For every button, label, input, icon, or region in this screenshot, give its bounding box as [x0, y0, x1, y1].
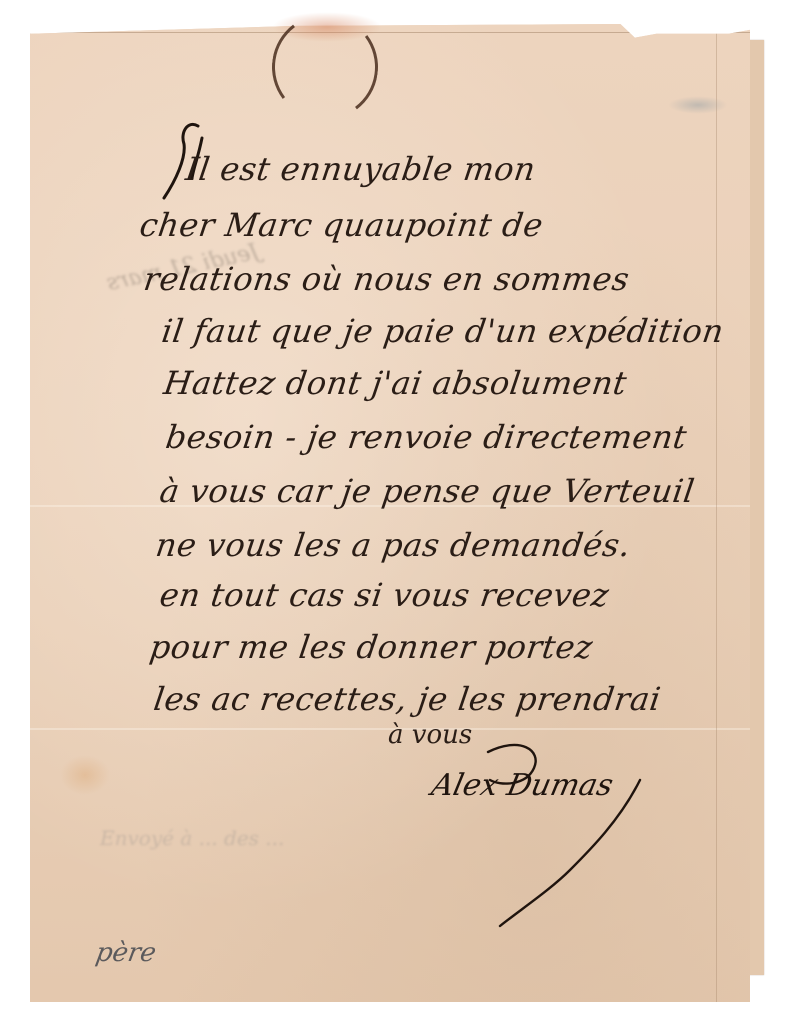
letter-line: Hattez dont j'ai absolument	[161, 364, 629, 402]
letter-line: pour me les donner portez	[147, 628, 595, 666]
signature: Alex Dumas	[428, 768, 616, 803]
letter-line: relations où nous en sommes	[141, 260, 632, 298]
document-stage: Jeudi 21 mars Envoyé à ... des ... Il es…	[0, 0, 789, 1024]
top-fold-line	[30, 32, 750, 33]
paper-stain	[60, 755, 110, 795]
pencil-annotation: père	[93, 938, 158, 968]
letter-line: Il est ennuyable mon	[183, 150, 538, 188]
letter-line: en tout cas si vous recevez	[157, 576, 611, 614]
grey-stamp-smudge	[668, 96, 728, 114]
vertical-fold-line	[716, 22, 717, 1002]
letter-line: cher Marc quaupoint de	[137, 206, 545, 244]
letter-line: besoin - je renvoie directement	[163, 418, 689, 456]
letter-line: à vous car je pense que Verteuil	[157, 472, 697, 510]
letter-line: il faut que je paie d'un expédition	[159, 312, 726, 350]
letter-line: les ac recettes, je les prendrai	[151, 680, 663, 718]
letter-line: ne vous les a pas demandés.	[153, 526, 633, 564]
